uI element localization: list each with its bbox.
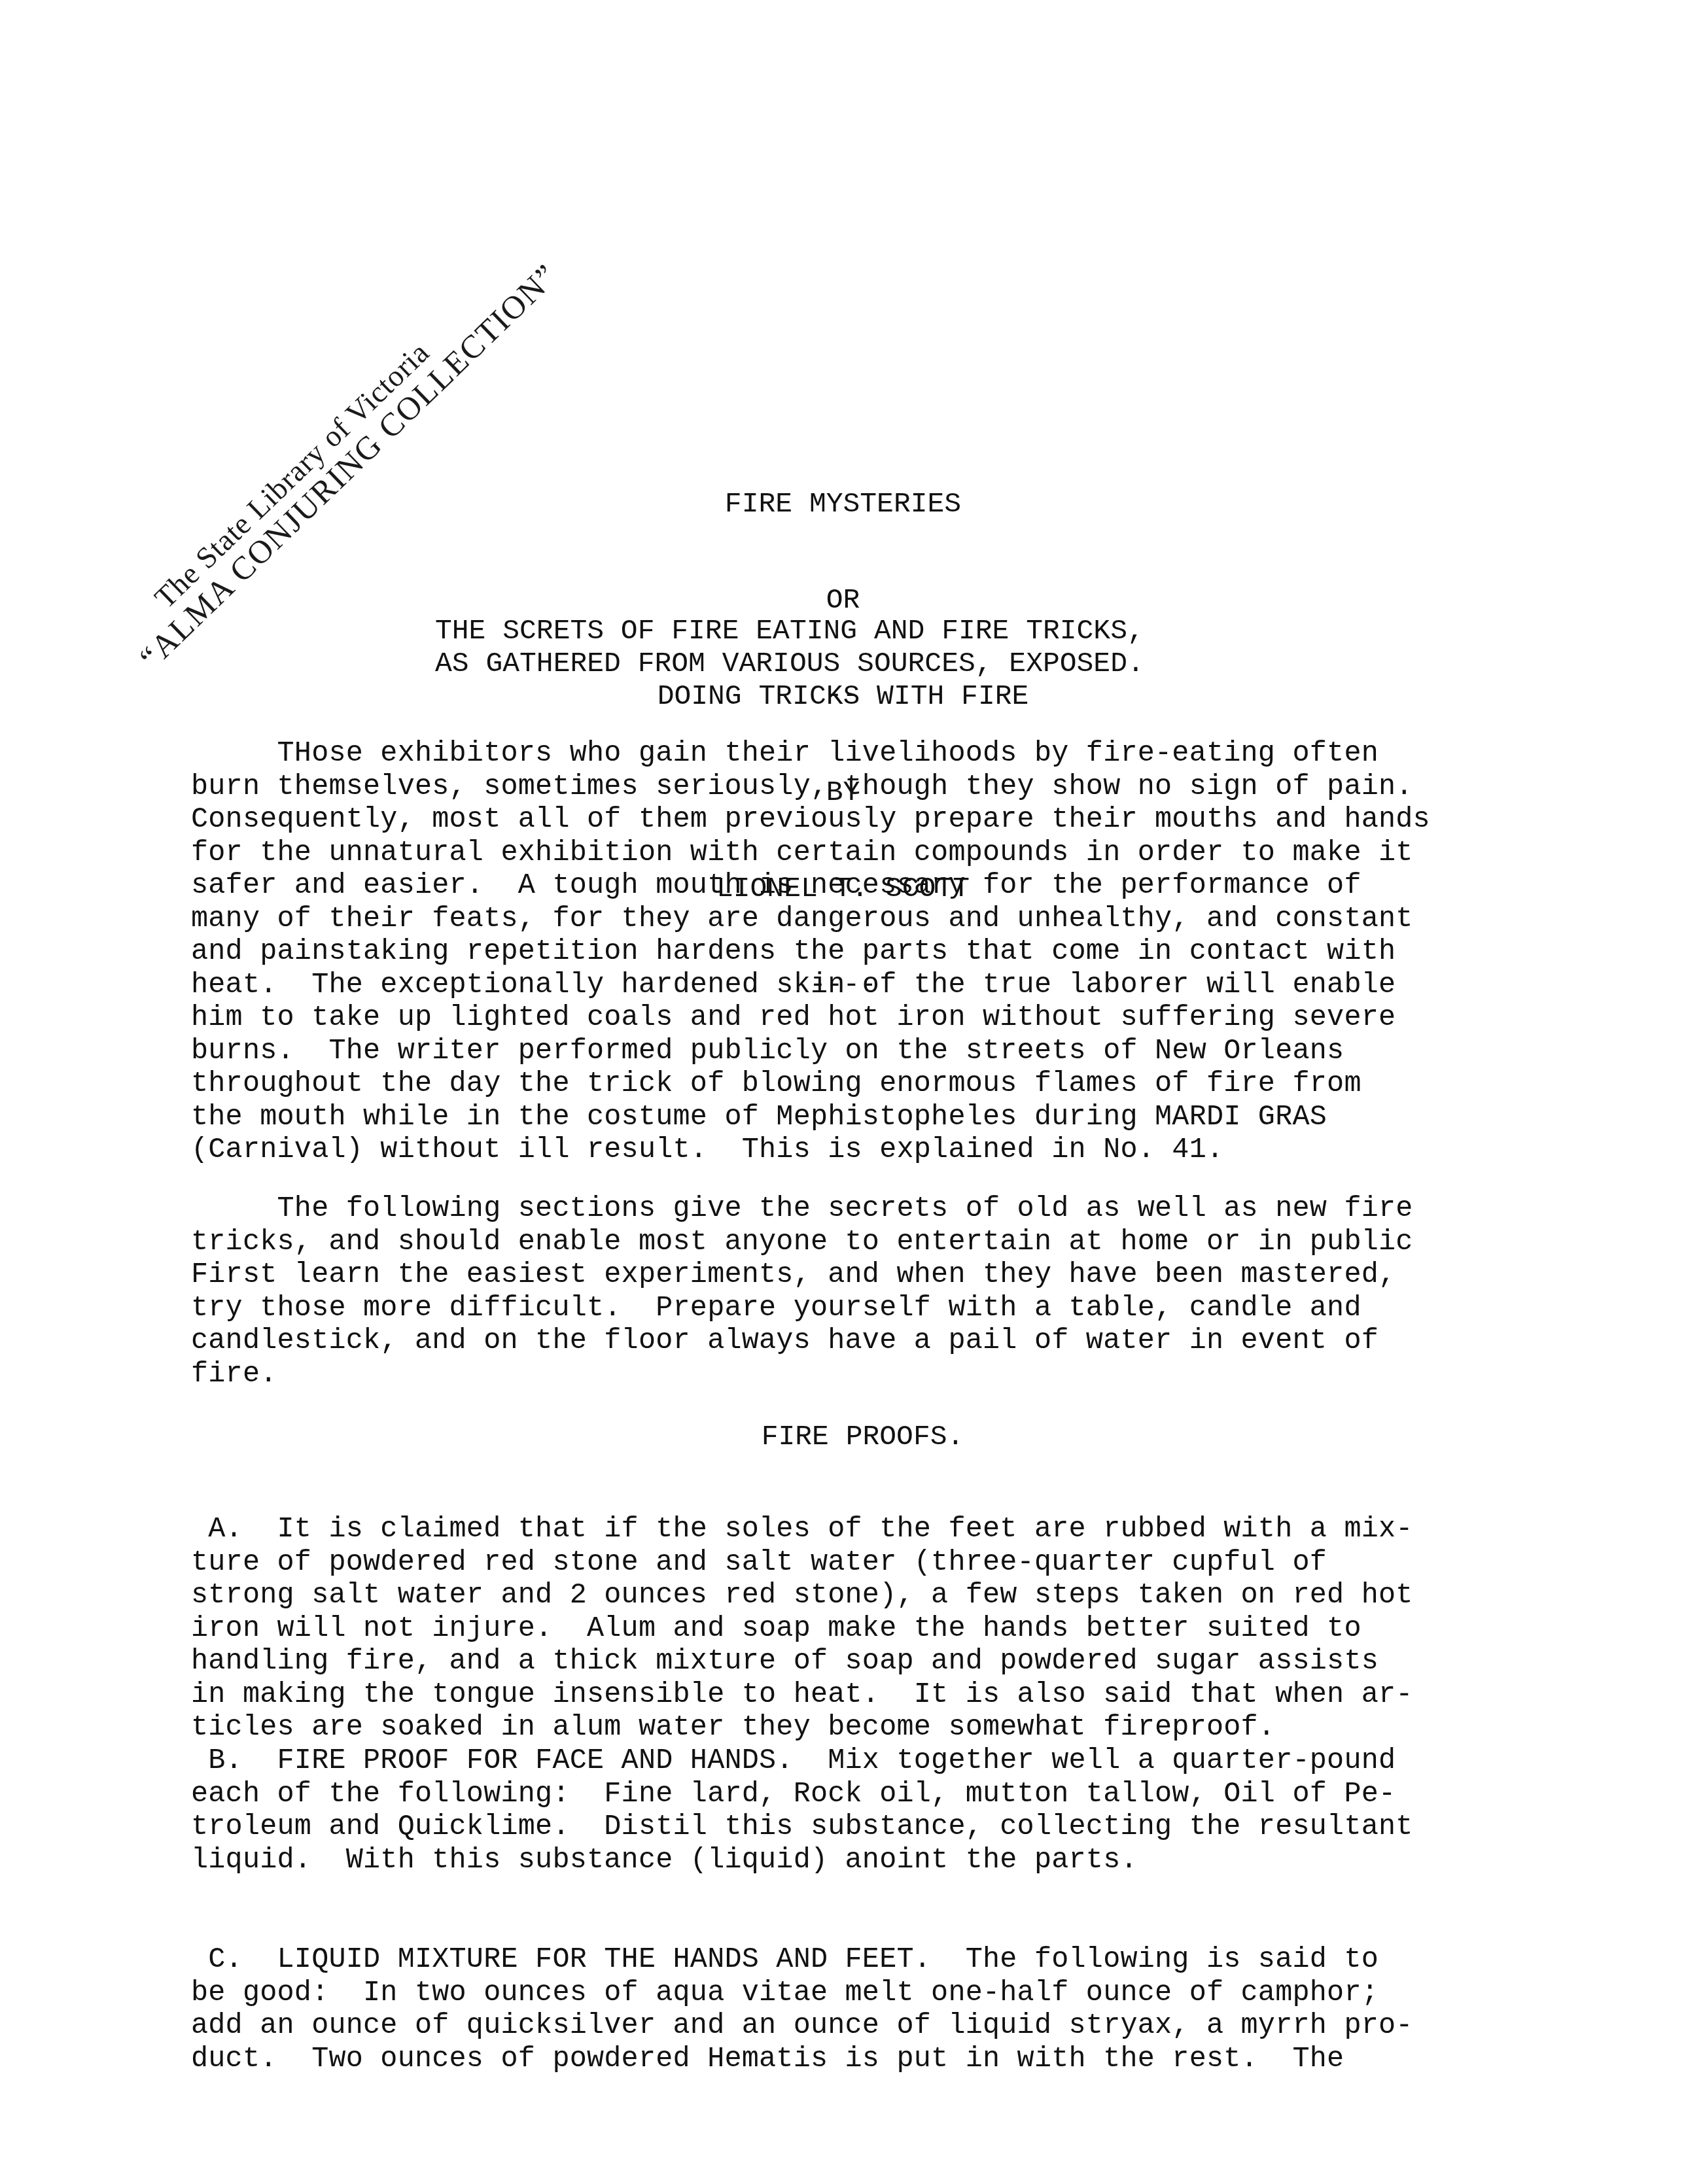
document-page: The State Library of Victoria “ALMA CONJ… <box>0 0 1686 2184</box>
title-or: OR <box>0 584 1686 616</box>
section-heading-fire-proofs: FIRE PROOFS. <box>0 1421 1686 1453</box>
subtitle-divider: -- <box>826 679 860 712</box>
section-item-b: B. FIRE PROOF FOR FACE AND HANDS. Mix to… <box>191 1745 1413 1877</box>
paragraph-intro: THose exhibitors who gain their liveliho… <box>191 738 1430 1168</box>
title-main: FIRE MYSTERIES <box>0 488 1686 520</box>
subtitle: THE SCRETS OF FIRE EATING AND FIRE TRICK… <box>435 615 1144 680</box>
section-item-a: A. It is claimed that if the soles of th… <box>191 1514 1413 1745</box>
paragraph-following: The following sections give the secrets … <box>191 1193 1413 1391</box>
section-item-c: C. LIQUID MIXTURE FOR THE HANDS AND FEET… <box>191 1944 1413 2076</box>
